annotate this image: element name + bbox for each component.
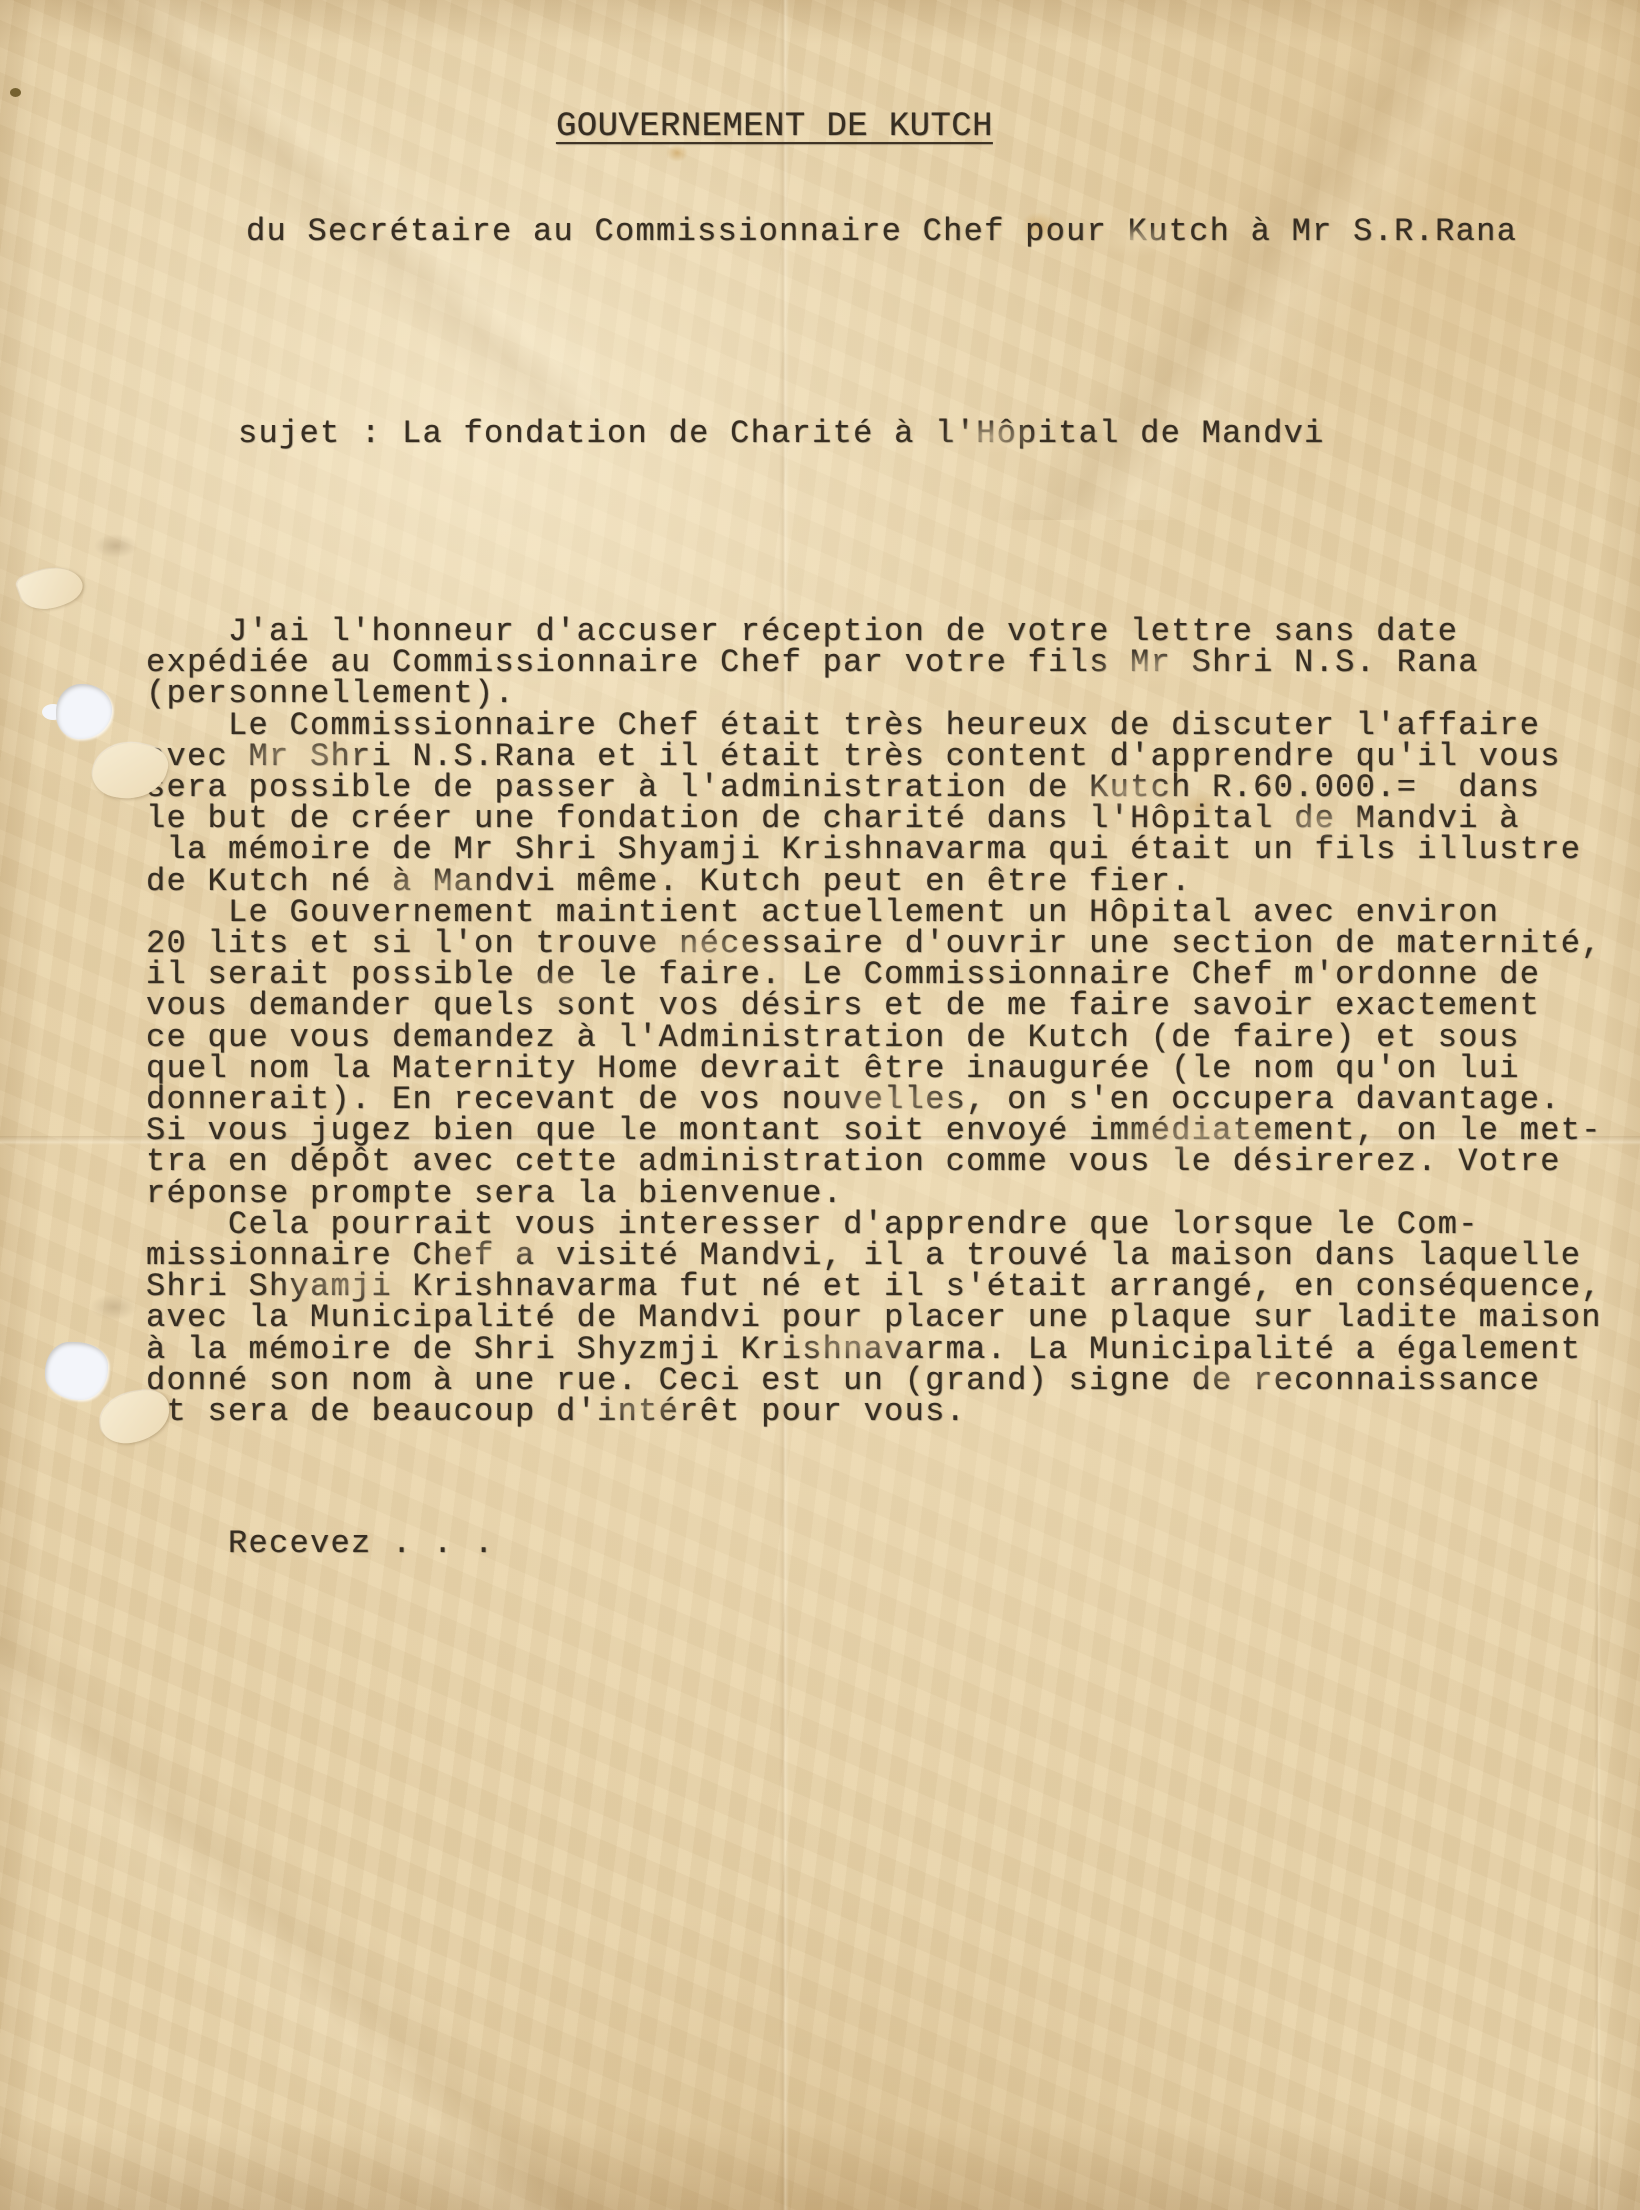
text-line: Shri Shyamji Krishnavarma fut né et il s… [146, 1271, 1602, 1302]
text-line: il serait possible de le faire. Le Commi… [146, 959, 1602, 990]
right-edge-crease [1594, 1400, 1601, 2210]
text-line: Le Gouvernement maintient actuellement u… [146, 897, 1602, 928]
text-line: vous demander quels sont vos désirs et d… [146, 990, 1602, 1021]
margin-smudge [90, 1294, 138, 1320]
text-line: Le Commissionnaire Chef était très heure… [146, 710, 1602, 741]
text-line: la mémoire de Mr Shri Shyamji Krishnavar… [146, 834, 1602, 865]
top-left-wrinkle [0, 0, 600, 420]
bottom-left-wrinkle [0, 1610, 700, 2210]
text-line: sera possible de passer à l'administrati… [146, 772, 1602, 803]
text-line: ce que vous demandez à l'Administration … [146, 1022, 1602, 1053]
text-line: missionnaire Chef a visité Mandvi, il a … [146, 1240, 1602, 1271]
text-line: réponse prompte sera la bienvenue. [146, 1178, 1602, 1209]
text-line: Si vous jugez bien que le montant soit e… [146, 1115, 1602, 1146]
letter-heading: GOUVERNEMENT DE KUTCH [556, 112, 993, 143]
paper-tear [15, 559, 87, 618]
text-line: et sera de beaucoup d'intérêt pour vous. [146, 1396, 1602, 1427]
letter-from-line: du Secrétaire au Commissionnaire Chef po… [246, 216, 1517, 247]
text-line: quel nom la Maternity Home devrait être … [146, 1053, 1602, 1084]
letter-body: J'ai l'honneur d'accuser réception de vo… [146, 616, 1602, 1427]
letter-page: GOUVERNEMENT DE KUTCH du Secrétaire au C… [0, 0, 1640, 2210]
text-line: à la mémoire de Shri Shyzmji Krishnavarm… [146, 1334, 1602, 1365]
text-line: avec la Municipalité de Mandvi pour plac… [146, 1302, 1602, 1333]
text-line: 20 lits et si l'on trouve nécessaire d'o… [146, 928, 1602, 959]
ink-speck [10, 88, 21, 97]
margin-smudge [94, 534, 138, 558]
punch-hole [56, 684, 112, 739]
paper-tear [97, 1387, 174, 1447]
text-line: donné son nom à une rue. Ceci est un (gr… [146, 1365, 1602, 1396]
text-line: tra en dépôt avec cette administration c… [146, 1146, 1602, 1177]
letter-closing: Recevez . . . [228, 1528, 495, 1559]
text-line: donnerait). En recevant de vos nouvelles… [146, 1084, 1602, 1115]
text-line: avec Mr Shri N.S.Rana et il était très c… [146, 741, 1602, 772]
paper-stain [666, 144, 688, 162]
text-line: le but de créer une fondation de charité… [146, 803, 1602, 834]
text-line: (personnellement). [146, 678, 1602, 709]
text-line: Cela pourrait vous interesser d'apprendr… [146, 1209, 1602, 1240]
text-line: de Kutch né à Mandvi même. Kutch peut en… [146, 866, 1602, 897]
text-line: J'ai l'honneur d'accuser réception de vo… [146, 616, 1602, 647]
letter-subject-line: sujet : La fondation de Charité à l'Hôpi… [238, 418, 1325, 449]
text-line: expédiée au Commissionnaire Chef par vot… [146, 647, 1602, 678]
punch-hole [45, 1342, 108, 1400]
